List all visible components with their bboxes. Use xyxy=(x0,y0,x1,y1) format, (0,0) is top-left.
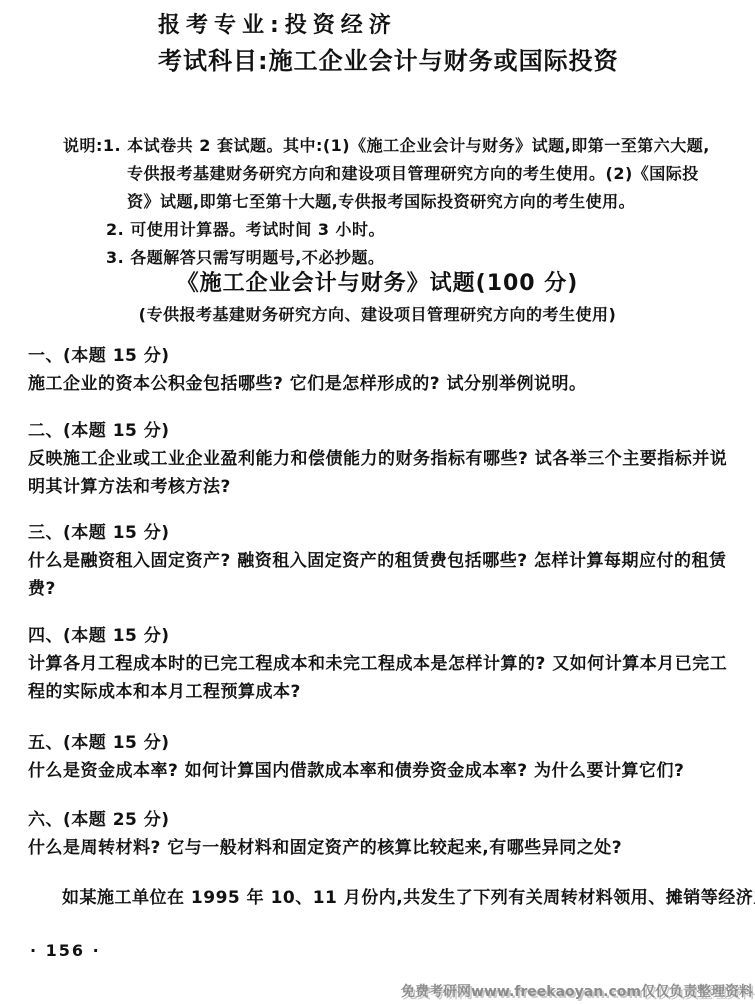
question-text-line: 反映施工企业或工业企业盈利能力和偿债能力的财务指标有哪些? 试各举三个主要指标并… xyxy=(28,445,737,473)
question-6: 六、(本题 25 分) 什么是周转材料? 它与一般材料和固定资产的核算比较起来,… xyxy=(28,806,737,862)
question-2: 二、(本题 15 分) 反映施工企业或工业企业盈利能力和偿债能力的财务指标有哪些… xyxy=(28,417,737,501)
question-heading: 六、(本题 25 分) xyxy=(28,806,737,834)
intro-paragraph: 如某施工单位在 1995 年 10、11 月份内,共发生了下列有关周转材料领用、… xyxy=(28,884,737,912)
watermark-text: 免费考研网www.freekaoyan.com仅仅负责整理资料 xyxy=(401,981,753,1001)
exam-subject-line: 考试科目:施工企业会计与财务或国际投资 xyxy=(158,44,619,78)
question-text-line: 什么是周转材料? 它与一般材料和固定资产的核算比较起来,有哪些异同之处? xyxy=(28,834,737,862)
instruction-line: 说明:1. 本试卷共 2 套试题。其中:(1)《施工企业会计与财务》试题,即第一… xyxy=(0,132,755,160)
exam-major-line: 报考专业:投资经济 xyxy=(158,10,619,42)
exam-header: 报考专业:投资经济 考试科目:施工企业会计与财务或国际投资 xyxy=(158,10,619,78)
instructions-block: 说明:1. 本试卷共 2 套试题。其中:(1)《施工企业会计与财务》试题,即第一… xyxy=(0,132,755,272)
instruction-line: 2. 可使用计算器。考试时间 3 小时。 xyxy=(0,216,755,244)
exam-paper-page: 报考专业:投资经济 考试科目:施工企业会计与财务或国际投资 说明:1. 本试卷共… xyxy=(0,0,755,1004)
question-heading: 一、(本题 15 分) xyxy=(28,342,737,370)
question-text-line: 什么是资金成本率? 如何计算国内借款成本率和债券资金成本率? 为什么要计算它们? xyxy=(28,757,737,785)
question-heading: 五、(本题 15 分) xyxy=(28,729,737,757)
page-number: · 156 · xyxy=(30,941,101,960)
question-heading: 二、(本题 15 分) xyxy=(28,417,737,445)
question-4: 四、(本题 15 分) 计算各月工程成本时的已完工程成本和未完工程成本是怎样计算… xyxy=(28,622,737,706)
question-1: 一、(本题 15 分) 施工企业的资本公积金包括哪些? 它们是怎样形成的? 试分… xyxy=(28,342,737,398)
question-3: 三、(本题 15 分) 什么是融资租入固定资产? 融资租入固定资产的租赁费包括哪… xyxy=(28,519,737,603)
question-5: 五、(本题 15 分) 什么是资金成本率? 如何计算国内借款成本率和债券资金成本… xyxy=(28,729,737,785)
question-text-line: 计算各月工程成本时的已完工程成本和未完工程成本是怎样计算的? 又如何计算本月已完… xyxy=(28,650,737,678)
question-text-line: 施工企业的资本公积金包括哪些? 它们是怎样形成的? 试分别举例说明。 xyxy=(28,370,737,398)
question-text-line: 费? xyxy=(28,575,737,603)
instruction-line: 资》试题,即第七至第十大题,专供报考国际投资研究方向的考生使用。 xyxy=(0,188,755,216)
question-text-line: 程的实际成本和本月工程预算成本? xyxy=(28,678,737,706)
instruction-line: 专供报考基建财务研究方向和建设项目管理研究方向的考生使用。(2)《国际投 xyxy=(0,160,755,188)
paper-subtitle: (专供报考基建财务研究方向、建设项目管理研究方向的考生使用) xyxy=(0,302,755,325)
question-text-line: 明其计算方法和考核方法? xyxy=(28,473,737,501)
paper-title: 《施工企业会计与财务》试题(100 分) xyxy=(0,266,755,297)
question-text-line: 什么是融资租入固定资产? 融资租入固定资产的租赁费包括哪些? 怎样计算每期应付的… xyxy=(28,547,737,575)
question-heading: 四、(本题 15 分) xyxy=(28,622,737,650)
question-heading: 三、(本题 15 分) xyxy=(28,519,737,547)
